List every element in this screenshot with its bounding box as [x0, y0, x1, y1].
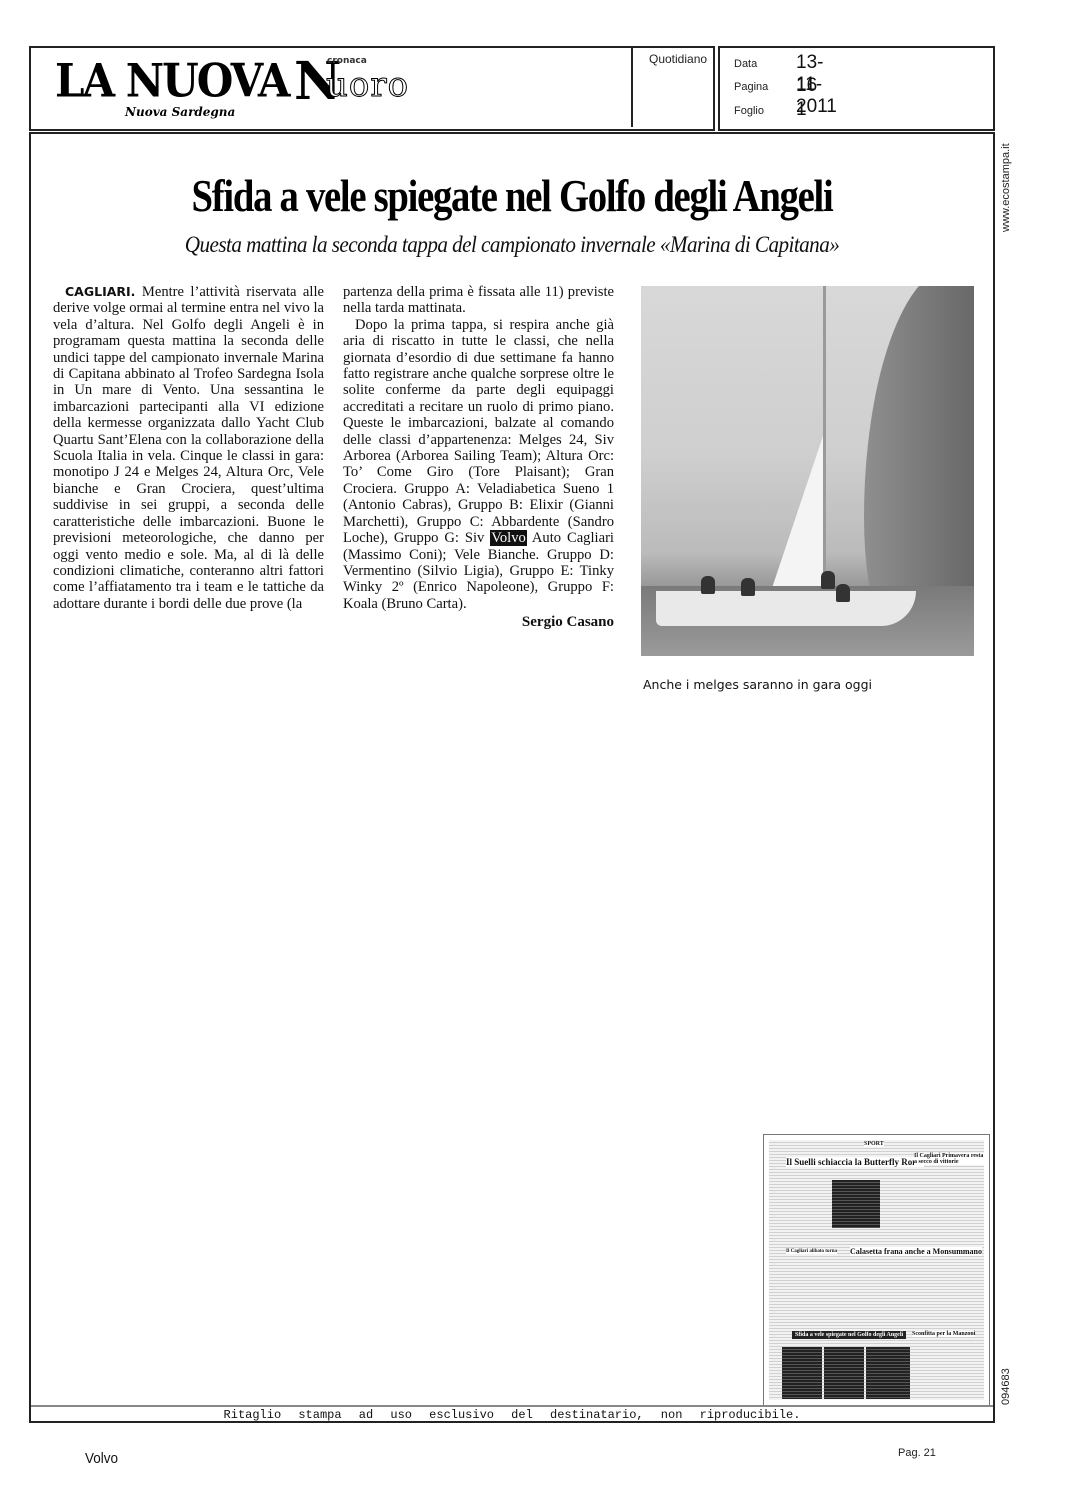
newspaper-sublogo: Nuova Sardegna	[125, 105, 235, 119]
article-headline: Sfida a vele spiegate nel Golfo degli An…	[98, 170, 925, 222]
thumbnail-article-block	[866, 1347, 910, 1399]
clipping-code: 094683	[1000, 1368, 1012, 1405]
thumbnail-article-block	[782, 1347, 822, 1399]
crew-member	[836, 584, 850, 602]
thumbnail-headline: Il Cagliari alibato torna	[786, 1249, 837, 1254]
mast	[823, 286, 826, 591]
thumbnail-photo	[832, 1180, 880, 1228]
agency-website: www.ecostampa.it	[1000, 143, 1012, 232]
body-text: partenza della prima è fissata alle 11) …	[343, 284, 614, 317]
thumbnail-article-block	[824, 1347, 864, 1399]
page-thumbnail: SPORT Il Suelli schiaccia la Butterfly R…	[763, 1134, 990, 1406]
crew-member	[741, 578, 755, 596]
boat-hull	[656, 591, 916, 626]
page-number: Pag. 21	[898, 1447, 936, 1459]
crew-member	[821, 571, 835, 589]
body-paragraph: Dopo la prima tappa, si respira anche gi…	[343, 317, 614, 612]
meta-label: Pagina	[734, 81, 794, 93]
thumbnail-headline: Sconfitta per la Manzoni	[912, 1331, 975, 1337]
body-text: Dopo la prima tappa, si respira anche gi…	[343, 317, 614, 546]
thumbnail-headline-highlighted: Sfida a vele spiegate nel Golfo degli An…	[792, 1331, 906, 1339]
thumbnail-headline: Calasetta frana anche a Monsummano	[850, 1247, 982, 1256]
meta-value: 16	[796, 75, 817, 97]
dateline: CAGLIARI.	[65, 284, 135, 299]
copyright-notice: Ritaglio stampa ad uso esclusivo del des…	[31, 1408, 993, 1422]
photo-caption: Anche i melges saranno in gara oggi	[643, 677, 872, 692]
meta-label: Foglio	[734, 105, 794, 117]
section-label: cronaca	[327, 56, 367, 66]
main-sail	[771, 436, 823, 591]
byline: Sergio Casano	[343, 614, 614, 630]
footer-divider	[31, 1405, 993, 1407]
masthead-box: LA NUOVA Nuova Sardegna N uoro cronaca Q…	[29, 46, 715, 131]
newspaper-logo: LA NUOVA	[55, 58, 289, 104]
thumbnail-headline: Il Suelli schiaccia la Butterfly Roma	[786, 1157, 924, 1167]
article-column-1: CAGLIARI. Mentre l’attività riservata al…	[53, 284, 324, 612]
section-logo-rest: uoro	[326, 68, 409, 102]
body-text: Mentre l’attività riservata alle derive …	[53, 284, 324, 612]
thumbnail-headline: Il Cagliari Primavera resta a secco di v…	[914, 1153, 984, 1165]
publication-type-box: Quotidiano	[631, 46, 713, 127]
article-column-2: partenza della prima è fissata alle 11) …	[343, 284, 614, 631]
meta-value: 1	[796, 99, 807, 121]
thumbnail-section: SPORT	[864, 1141, 884, 1147]
publication-type: Quotidiano	[649, 52, 707, 66]
clipping-box: Sfida a vele spiegate nel Golfo degli An…	[29, 132, 995, 1423]
sailboat-photo	[641, 286, 974, 656]
highlighted-keyword: Volvo	[490, 530, 527, 546]
crew-member	[701, 576, 715, 594]
meta-label: Data	[734, 58, 794, 70]
keyword-label: Volvo	[85, 1450, 118, 1467]
metadata-box: Data 13-11-2011 Pagina 16 Foglio 1	[718, 46, 995, 131]
article-subheadline: Questa mattina la seconda tappa del camp…	[69, 232, 954, 258]
